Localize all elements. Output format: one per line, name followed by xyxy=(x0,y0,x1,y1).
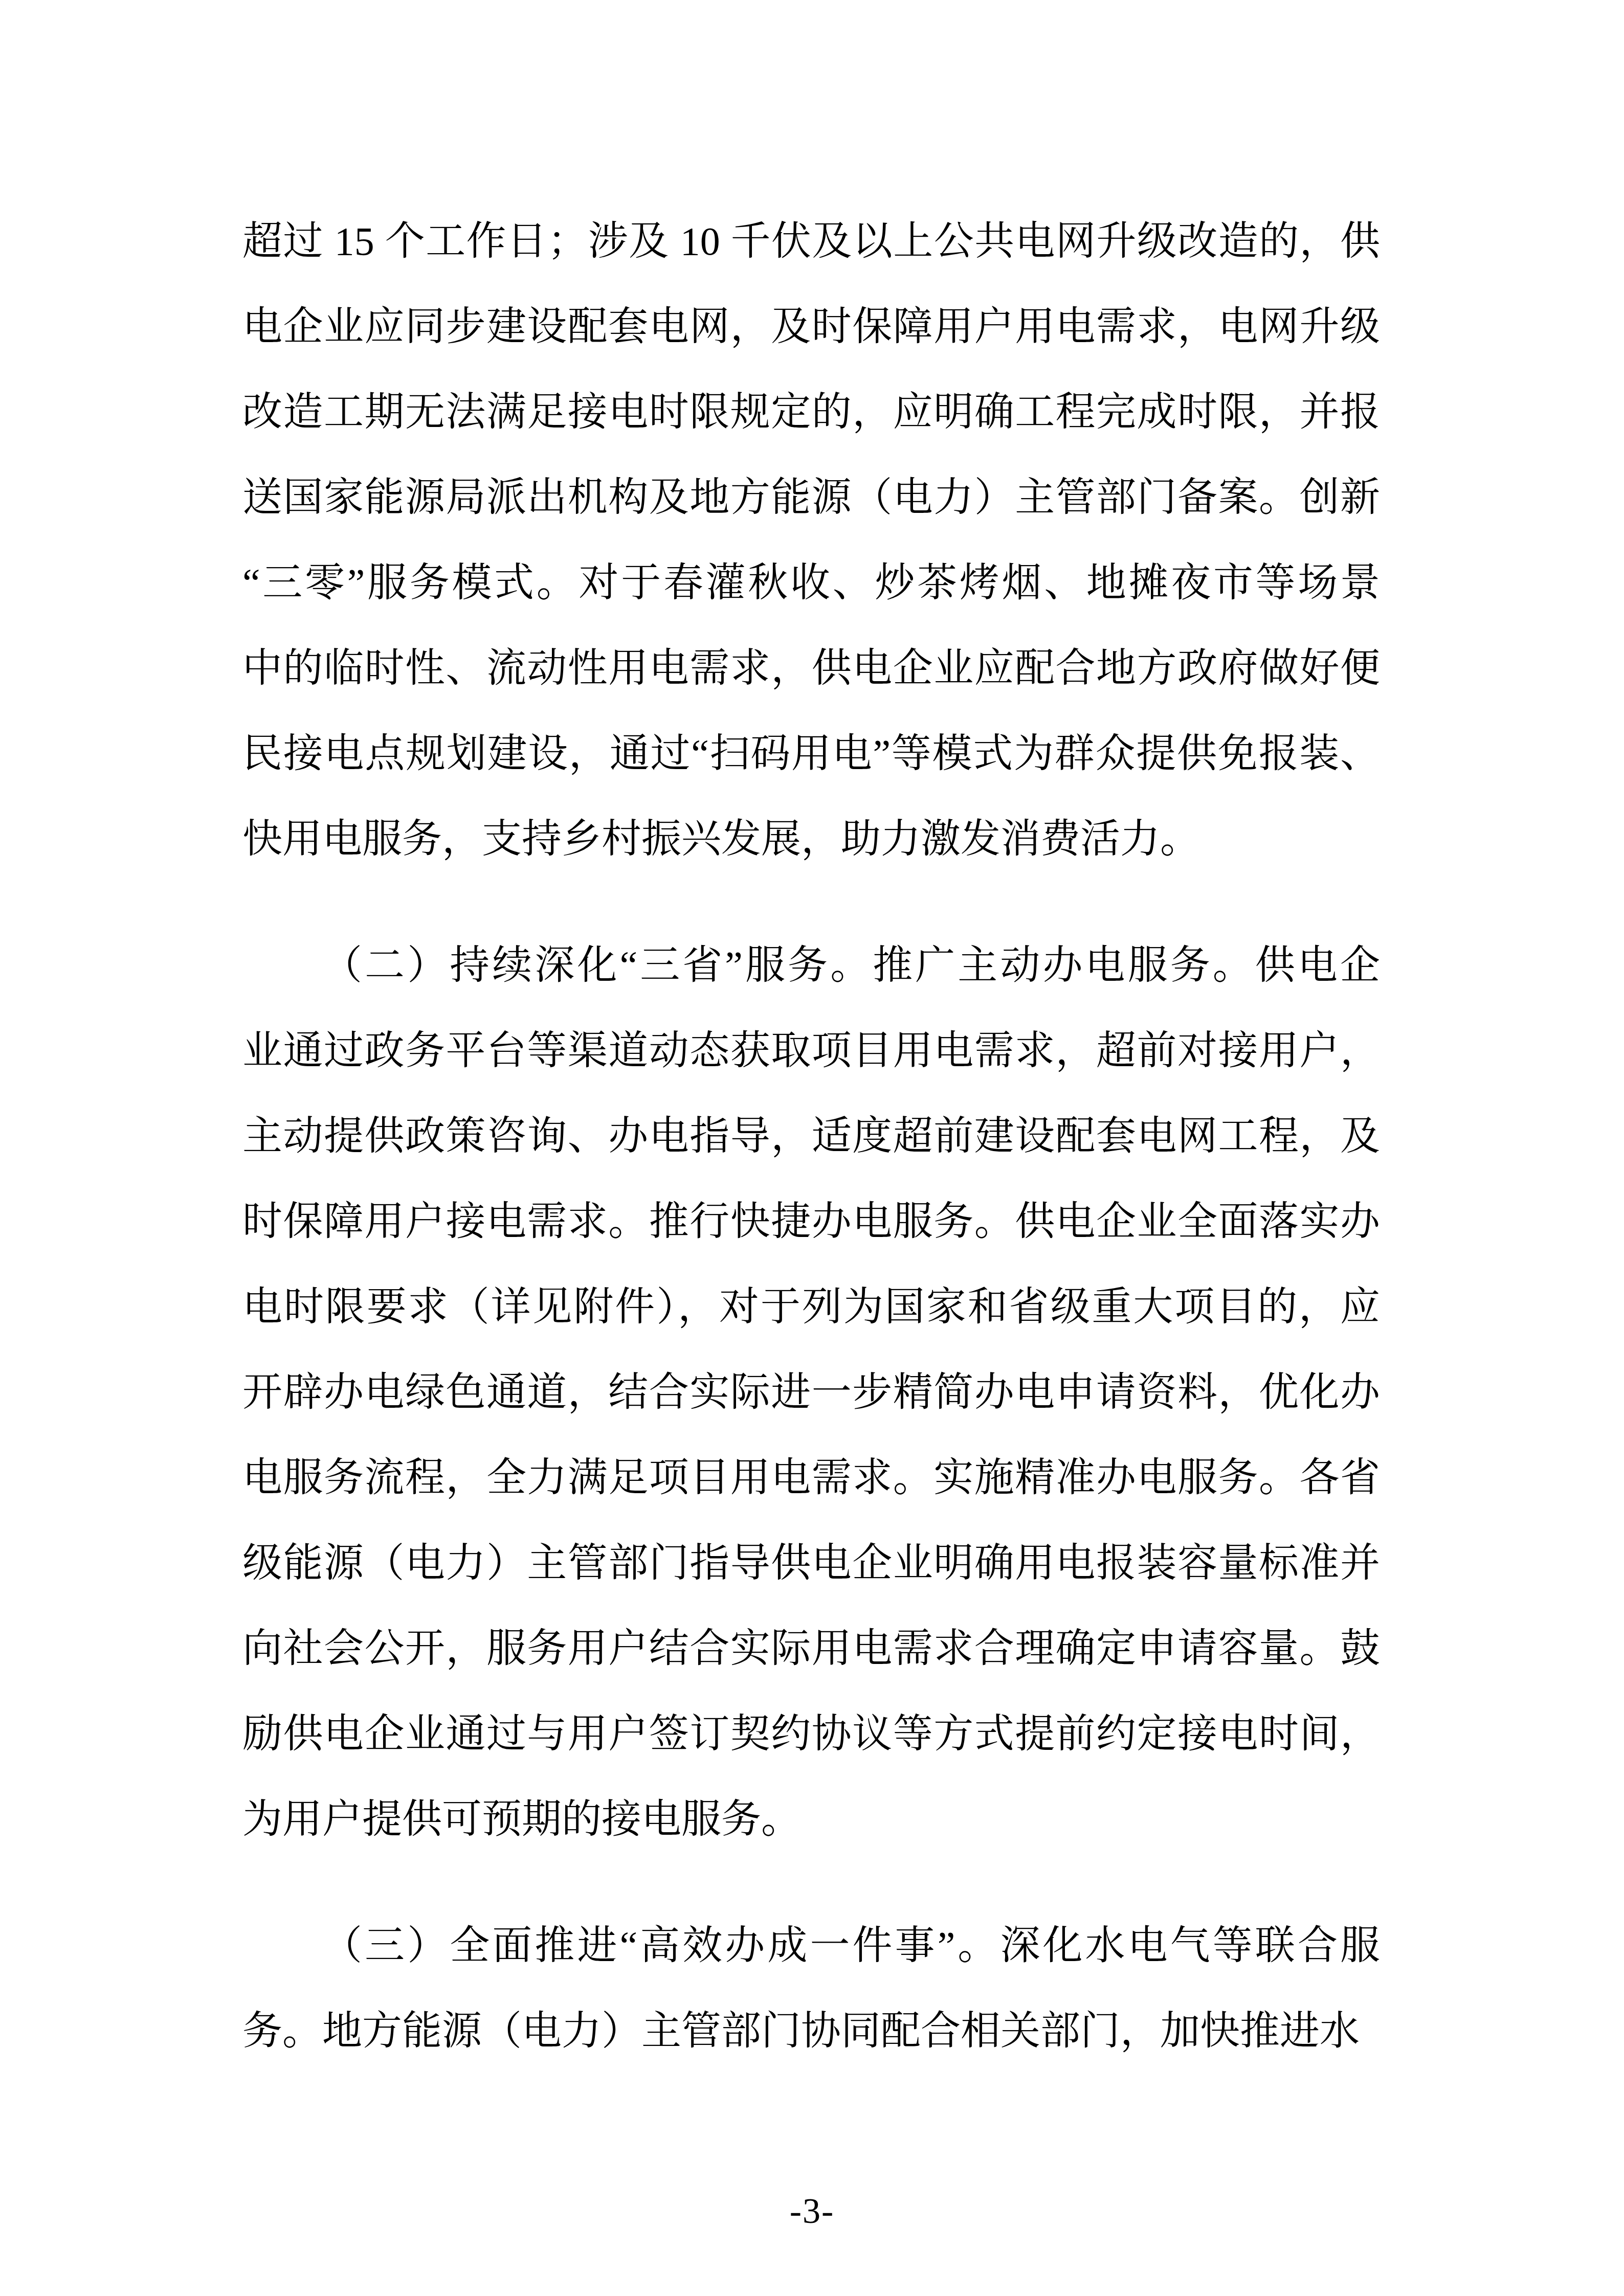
text-line: 主动提供政策咨询、办电指导，适度超前建设配套电网工程，及 xyxy=(242,1093,1380,1179)
text-line: 改造工期无法满足接电时限规定的，应明确工程完成时限，并报 xyxy=(242,369,1380,455)
paragraph: （三）全面推进“高效办成一件事”。深化水电气等联合服务。地方能源（电力）主管部门… xyxy=(242,1903,1380,2074)
text-line: 送国家能源局派出机构及地方能源（电力）主管部门备案。创新 xyxy=(242,455,1380,540)
text-line: 民接电点规划建设，通过“扫码用电”等模式为群众提供免报装、 xyxy=(242,711,1380,796)
text-line: （二）持续深化“三省”服务。推广主动办电服务。供电企 xyxy=(242,922,1380,1008)
text-line: 电时限要求（详见附件），对于列为国家和省级重大项目的，应 xyxy=(242,1264,1380,1349)
text-line: 务。地方能源（电力）主管部门协同配合相关部门，加快推进水 xyxy=(242,1988,1380,2074)
text-line: 业通过政务平台等渠道动态获取项目用电需求，超前对接用户， xyxy=(242,1008,1380,1093)
text-line: 电服务流程，全力满足项目用电需求。实施精准办电服务。各省 xyxy=(242,1435,1380,1520)
text-line: “三零”服务模式。对于春灌秋收、炒茶烤烟、地摊夜市等场景 xyxy=(242,540,1380,625)
paragraph: 超过 15 个工作日；涉及 10 千伏及以上公共电网升级改造的，供电企业应同步建… xyxy=(242,198,1380,882)
text-line: 励供电企业通过与用户签订契约协议等方式提前约定接电时间， xyxy=(242,1691,1380,1776)
text-line: 开辟办电绿色通道，结合实际进一步精简办电申请资料，优化办 xyxy=(242,1349,1380,1435)
text-line: 超过 15 个工作日；涉及 10 千伏及以上公共电网升级改造的，供 xyxy=(242,198,1380,284)
text-line: 时保障用户接电需求。推行快捷办电服务。供电企业全面落实办 xyxy=(242,1179,1380,1264)
document-page: 超过 15 个工作日；涉及 10 千伏及以上公共电网升级改造的，供电企业应同步建… xyxy=(0,0,1624,2296)
page-number: -3- xyxy=(0,2193,1624,2231)
text-line: 向社会公开，服务用户结合实际用电需求合理确定申请容量。鼓 xyxy=(242,1606,1380,1691)
text-line: 电企业应同步建设配套电网，及时保障用户用电需求，电网升级 xyxy=(242,284,1380,369)
text-line: （三）全面推进“高效办成一件事”。深化水电气等联合服 xyxy=(242,1903,1380,1988)
document-body: 超过 15 个工作日；涉及 10 千伏及以上公共电网升级改造的，供电企业应同步建… xyxy=(242,198,1380,2074)
text-line: 中的临时性、流动性用电需求，供电企业应配合地方政府做好便 xyxy=(242,625,1380,711)
text-line: 快用电服务，支持乡村振兴发展，助力激发消费活力。 xyxy=(242,796,1380,882)
text-line: 级能源（电力）主管部门指导供电企业明确用电报装容量标准并 xyxy=(242,1520,1380,1606)
text-line: 为用户提供可预期的接电服务。 xyxy=(242,1776,1380,1862)
paragraph: （二）持续深化“三省”服务。推广主动办电服务。供电企业通过政务平台等渠道动态获取… xyxy=(242,922,1380,1862)
